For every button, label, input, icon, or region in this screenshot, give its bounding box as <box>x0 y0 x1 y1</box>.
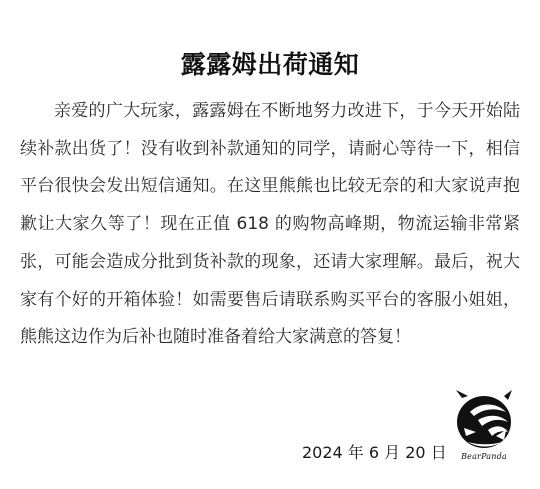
notice-title: 露露姆出荷通知 <box>0 49 540 81</box>
bear-panda-logo-icon <box>448 390 520 452</box>
notice-date: 2024 年 6 月 20 日 <box>302 442 447 464</box>
brand-logo: BearPanda <box>448 390 520 470</box>
notice-body: 亲爱的广大玩家，露露姆在不断地努力改进下，于今天开始陆续补款出货了！没有收到补款… <box>20 93 520 357</box>
logo-text: BearPanda <box>448 452 520 461</box>
